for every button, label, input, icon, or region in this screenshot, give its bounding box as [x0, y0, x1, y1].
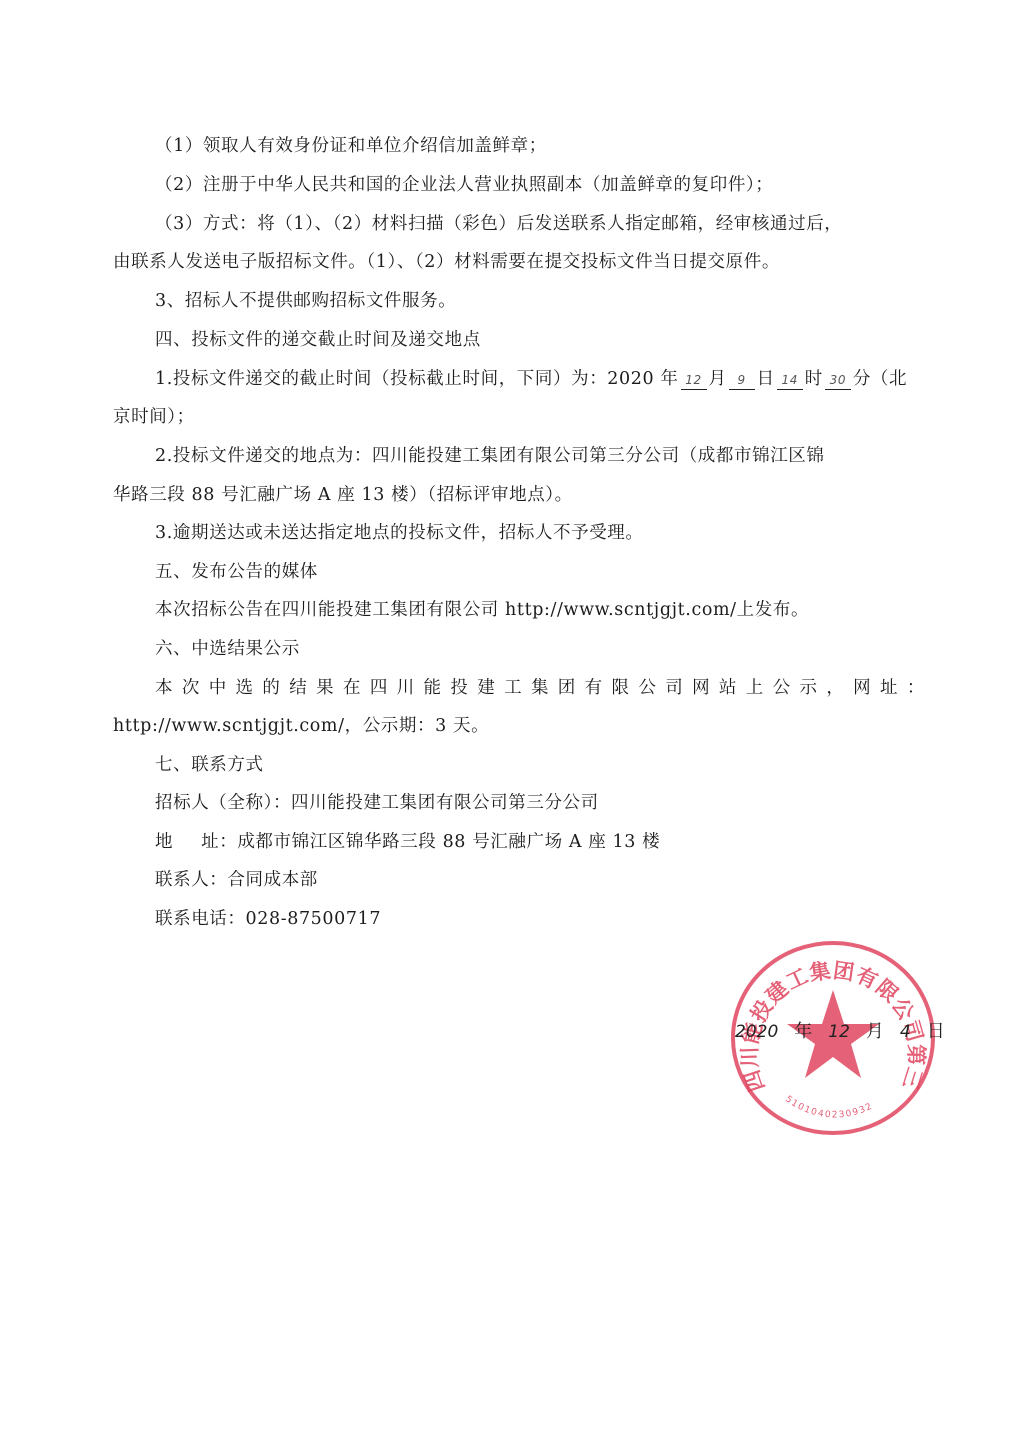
contact-person: 联系人：合同成本部: [155, 868, 925, 892]
address-label-2: 址：: [201, 832, 237, 852]
deadline-minute: 30: [825, 371, 851, 390]
contact-phone: 联系电话：028-87500717: [155, 907, 925, 931]
signature-year-unit: 年: [794, 1021, 812, 1042]
tenderer-name: 招标人（全称）：四川能投建工集团有限公司第三分公司: [155, 791, 925, 815]
signature-day: 4: [900, 1022, 911, 1042]
document-page: （1）领取人有效身份证和单位介绍信加盖鲜章； （2）注册于中华人民共和国的企业法…: [0, 0, 1027, 1452]
requirement-1: （1）领取人有效身份证和单位介绍信加盖鲜章；: [155, 134, 925, 158]
deadline-day: 9: [729, 371, 755, 390]
day-unit: 日: [757, 369, 775, 389]
address-line: 地址：成都市锦江区锦华路三段 88 号汇融广场 A 座 13 楼: [155, 830, 925, 854]
address-label: 地: [155, 832, 173, 852]
requirement-3-line2: 由联系人发送电子版招标文件。（1）、（2）材料需要在提交投标文件当日提交原件。: [113, 250, 925, 274]
section-5-text: 本次招标公告在四川能投建工集团有限公司 http://www.scntjgjt.…: [155, 598, 925, 622]
section-4-heading: 四、投标文件的递交截止时间及递交地点: [155, 328, 925, 352]
deadline-month: 12: [681, 371, 707, 390]
section-6-line1: 本次中选的结果在四川能投建工集团有限公司网站上公示，网址：: [155, 676, 925, 700]
requirement-2: （2）注册于中华人民共和国的企业法人营业执照副本（加盖鲜章的复印件）；: [155, 173, 925, 197]
signature-month-unit: 月: [866, 1021, 884, 1042]
deadline-line: 1.投标文件递交的截止时间（投标截止时间，下同）为：2020 年12月9日14时…: [155, 367, 925, 391]
requirement-3-line1: （3）方式：将（1）、（2）材料扫描（彩色）后发送联系人指定邮箱，经审核通过后，: [155, 212, 925, 236]
month-unit: 月: [709, 369, 727, 389]
section-6-line2: http://www.scntjgjt.com/，公示期：3 天。: [113, 714, 925, 738]
seal-code: 5101040230932: [783, 1094, 875, 1120]
signature-month: 12: [828, 1022, 850, 1042]
section-7-heading: 七、联系方式: [155, 753, 925, 777]
signature-year: 2020: [735, 1022, 778, 1042]
hour-unit: 时: [805, 369, 823, 389]
location-line2: 华路三段 88 号汇融广场 A 座 13 楼）（招标评审地点）。: [113, 483, 925, 507]
section-6-heading: 六、中选结果公示: [155, 637, 925, 661]
address-value: 成都市锦江区锦华路三段 88 号汇融广场 A 座 13 楼: [237, 832, 660, 852]
deadline-hour: 14: [777, 371, 803, 390]
signature-date: 2020年12月4日: [735, 1020, 945, 1044]
svg-text:5101040230932: 5101040230932: [783, 1094, 875, 1120]
location-line1: 2.投标文件递交的地点为：四川能投建工集团有限公司第三分公司（成都市锦江区锦: [155, 444, 925, 468]
section-5-heading: 五、发布公告的媒体: [155, 560, 925, 584]
signature-day-unit: 日: [927, 1021, 945, 1042]
deadline-prefix: 1.投标文件递交的截止时间（投标截止时间，下同）为：2020 年: [155, 369, 679, 389]
deadline-continuation: 京时间）；: [113, 405, 925, 429]
minute-suffix: 分（北: [853, 369, 907, 389]
item-3-no-mail: 3、招标人不提供邮购招标文件服务。: [155, 289, 925, 313]
late-submission-rule: 3.逾期送达或未送达指定地点的投标文件，招标人不予受理。: [155, 521, 925, 545]
